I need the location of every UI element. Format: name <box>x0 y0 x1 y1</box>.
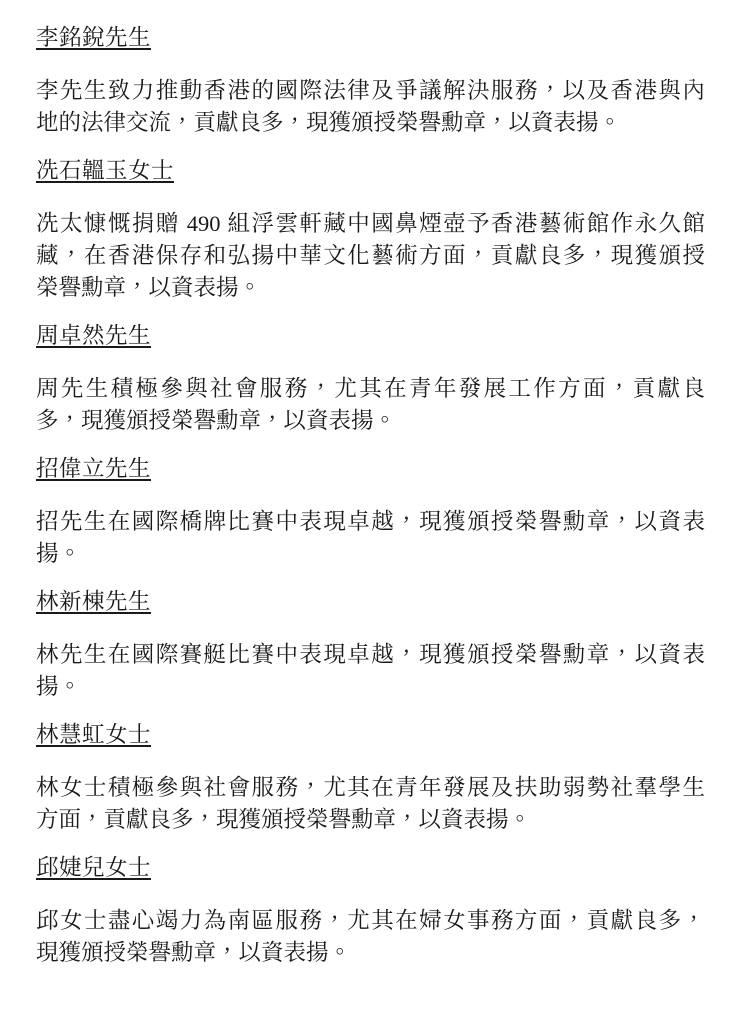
honoree-section: 周卓然先生 周先生積極參與社會服務，尤其在青年發展工作方面，貢獻良 多，現獲頒授… <box>36 320 705 437</box>
citation-line: 地的法律交流，貢獻良多，現獲頒授榮譽勳章，以資表揚。 <box>36 107 705 139</box>
honoree-section: 邱婕兒女士 邱女士盡心竭力為南區服務，尤其在婦女事務方面，貢獻良多， 現獲頒授榮… <box>36 852 705 969</box>
citation-line: 方面，貢獻良多，現獲頒授榮譽勳章，以資表揚。 <box>36 804 705 836</box>
citation-line: 現獲頒授榮譽勳章，以資表揚。 <box>36 937 705 969</box>
honoree-section: 李銘銳先生 李先生致力推動香港的國際法律及爭議解決服務，以及香港與內 地的法律交… <box>36 22 705 139</box>
citation-line: 李先生致力推動香港的國際法律及爭議解決服務，以及香港與內 <box>36 75 705 107</box>
honoree-name-heading: 邱婕兒女士 <box>36 852 705 884</box>
document-page: 李銘銳先生 李先生致力推動香港的國際法律及爭議解決服務，以及香港與內 地的法律交… <box>0 0 737 1014</box>
honoree-section: 招偉立先生 招先生在國際橋牌比賽中表現卓越，現獲頒授榮譽勳章，以資表 揚。 <box>36 453 705 570</box>
honoree-name-heading: 林新棟先生 <box>36 586 705 618</box>
honoree-name-heading: 林慧虹女士 <box>36 719 705 751</box>
citation-line: 招先生在國際橋牌比賽中表現卓越，現獲頒授榮譽勳章，以資表 <box>36 506 705 538</box>
honoree-citation: 林先生在國際賽艇比賽中表現卓越，現獲頒授榮譽勳章，以資表 揚。 <box>36 639 705 703</box>
honoree-section: 林新棟先生 林先生在國際賽艇比賽中表現卓越，現獲頒授榮譽勳章，以資表 揚。 <box>36 586 705 703</box>
honoree-citation: 周先生積極參與社會服務，尤其在青年發展工作方面，貢獻良 多，現獲頒授榮譽勳章，以… <box>36 373 705 437</box>
citation-line: 揚。 <box>36 671 705 703</box>
honoree-name-heading: 招偉立先生 <box>36 453 705 485</box>
citation-line: 榮譽勳章，以資表揚。 <box>36 272 705 304</box>
honoree-name-heading: 周卓然先生 <box>36 320 705 352</box>
honoree-citation: 招先生在國際橋牌比賽中表現卓越，現獲頒授榮譽勳章，以資表 揚。 <box>36 506 705 570</box>
citation-line: 多，現獲頒授榮譽勳章，以資表揚。 <box>36 405 705 437</box>
citation-line: 林女士積極參與社會服務，尤其在青年發展及扶助弱勢社羣學生 <box>36 772 705 804</box>
citation-line: 邱女士盡心竭力為南區服務，尤其在婦女事務方面，貢獻良多， <box>36 905 705 937</box>
honoree-section: 冼石韞玉女士 冼太慷慨捐贈 490 組浮雲軒藏中國鼻煙壺予香港藝術館作永久館 藏… <box>36 155 705 304</box>
honoree-section: 林慧虹女士 林女士積極參與社會服務，尤其在青年發展及扶助弱勢社羣學生 方面，貢獻… <box>36 719 705 836</box>
honoree-citation: 林女士積極參與社會服務，尤其在青年發展及扶助弱勢社羣學生 方面，貢獻良多，現獲頒… <box>36 772 705 836</box>
honoree-citation: 冼太慷慨捐贈 490 組浮雲軒藏中國鼻煙壺予香港藝術館作永久館 藏，在香港保存和… <box>36 208 705 304</box>
honoree-citation: 李先生致力推動香港的國際法律及爭議解決服務，以及香港與內 地的法律交流，貢獻良多… <box>36 75 705 139</box>
citation-line: 揚。 <box>36 538 705 570</box>
honoree-citation: 邱女士盡心竭力為南區服務，尤其在婦女事務方面，貢獻良多， 現獲頒授榮譽勳章，以資… <box>36 905 705 969</box>
citation-line: 冼太慷慨捐贈 490 組浮雲軒藏中國鼻煙壺予香港藝術館作永久館 <box>36 208 705 240</box>
honoree-name-heading: 冼石韞玉女士 <box>36 155 705 187</box>
honoree-name-heading: 李銘銳先生 <box>36 22 705 54</box>
citation-line: 藏，在香港保存和弘揚中華文化藝術方面，貢獻良多，現獲頒授 <box>36 240 705 272</box>
citation-line: 林先生在國際賽艇比賽中表現卓越，現獲頒授榮譽勳章，以資表 <box>36 639 705 671</box>
citation-line: 周先生積極參與社會服務，尤其在青年發展工作方面，貢獻良 <box>36 373 705 405</box>
